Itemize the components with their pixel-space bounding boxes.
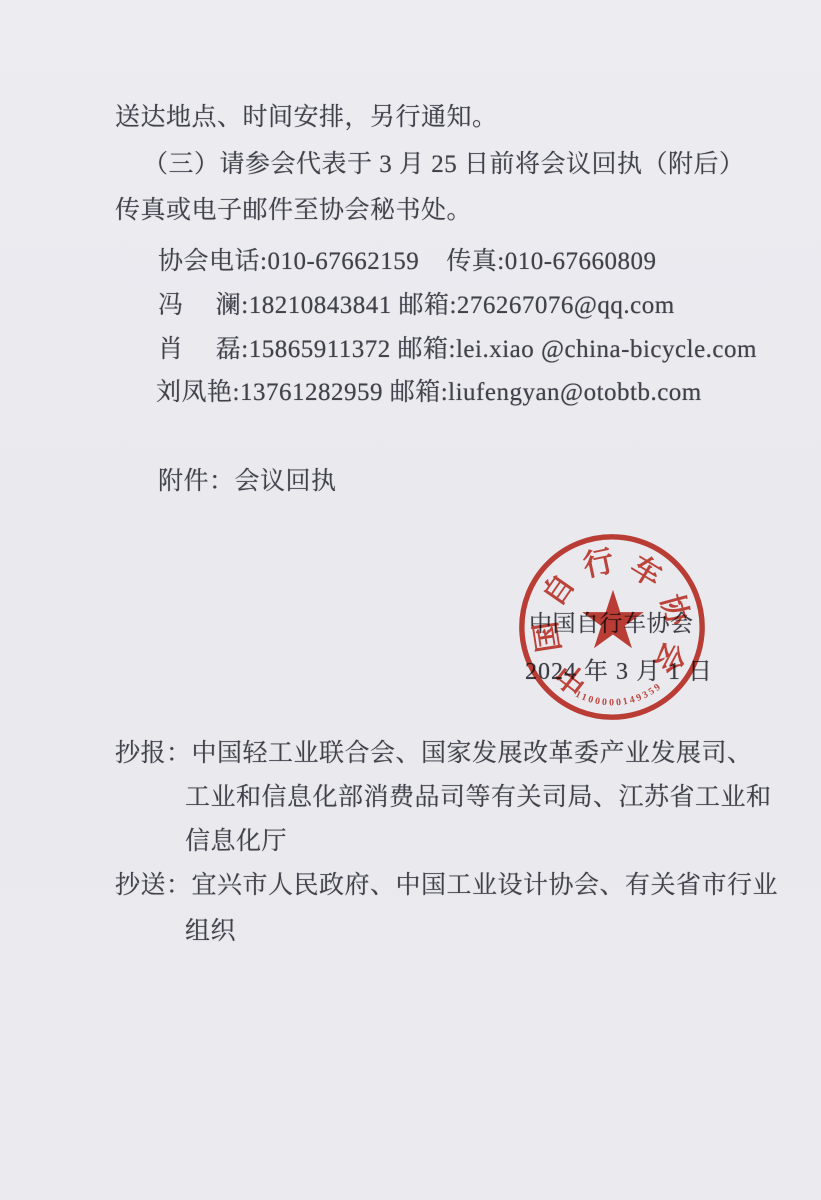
cc-report-line-2: 工业和信息化部消费品司等有关司局、江苏省工业和: [185, 784, 772, 813]
cc-send-line-1: 抄送：宜兴市人民政府、中国工业设计协会、有关省市行业: [115, 872, 778, 901]
cc-report-line-3: 信息化厅: [185, 828, 287, 857]
document-page: 送达地点、时间安排，另行通知。 （三）请参会代表于 3 月 25 日前将会议回执…: [0, 0, 821, 1200]
notice-line-3: 传真或电子邮件至协会秘书处。: [115, 197, 472, 226]
notice-line-2: （三）请参会代表于 3 月 25 日前将会议回执（附后）: [143, 151, 745, 180]
notice-line-1: 送达地点、时间安排，另行通知。: [115, 104, 498, 133]
cc-send-line-2: 组织: [185, 918, 236, 947]
seal-ring-char: 车: [624, 549, 668, 594]
contact-person-2: 肖 磊:15865911372 邮箱:lei.xiao @china-bicyc…: [158, 336, 757, 365]
official-seal: 中国自行车协会 1100000149359: [514, 529, 710, 725]
contact-assoc-phone-fax: 协会电话:010-67662159 传真:010-67660809: [158, 248, 657, 277]
contact-person-3: 刘凤艳:13761282959 邮箱:liufengyan@otobtb.com: [156, 379, 702, 408]
seal-ring-char: 协: [654, 591, 695, 631]
seal-ring-char: 行: [580, 544, 617, 584]
seal-ring-char: 国: [529, 619, 567, 654]
contact-person-1: 冯 澜:18210843841 邮箱:276267076@qq.com: [158, 292, 675, 321]
cc-report-line-1: 抄报：中国轻工业联合会、国家发展改革委产业发展司、: [115, 740, 753, 769]
seal-ring-char: 自: [536, 568, 581, 612]
seal-ring-char: 会: [647, 636, 691, 679]
seal-star-icon: [582, 590, 644, 649]
attachment-line: 附件：会议回执: [158, 468, 337, 497]
